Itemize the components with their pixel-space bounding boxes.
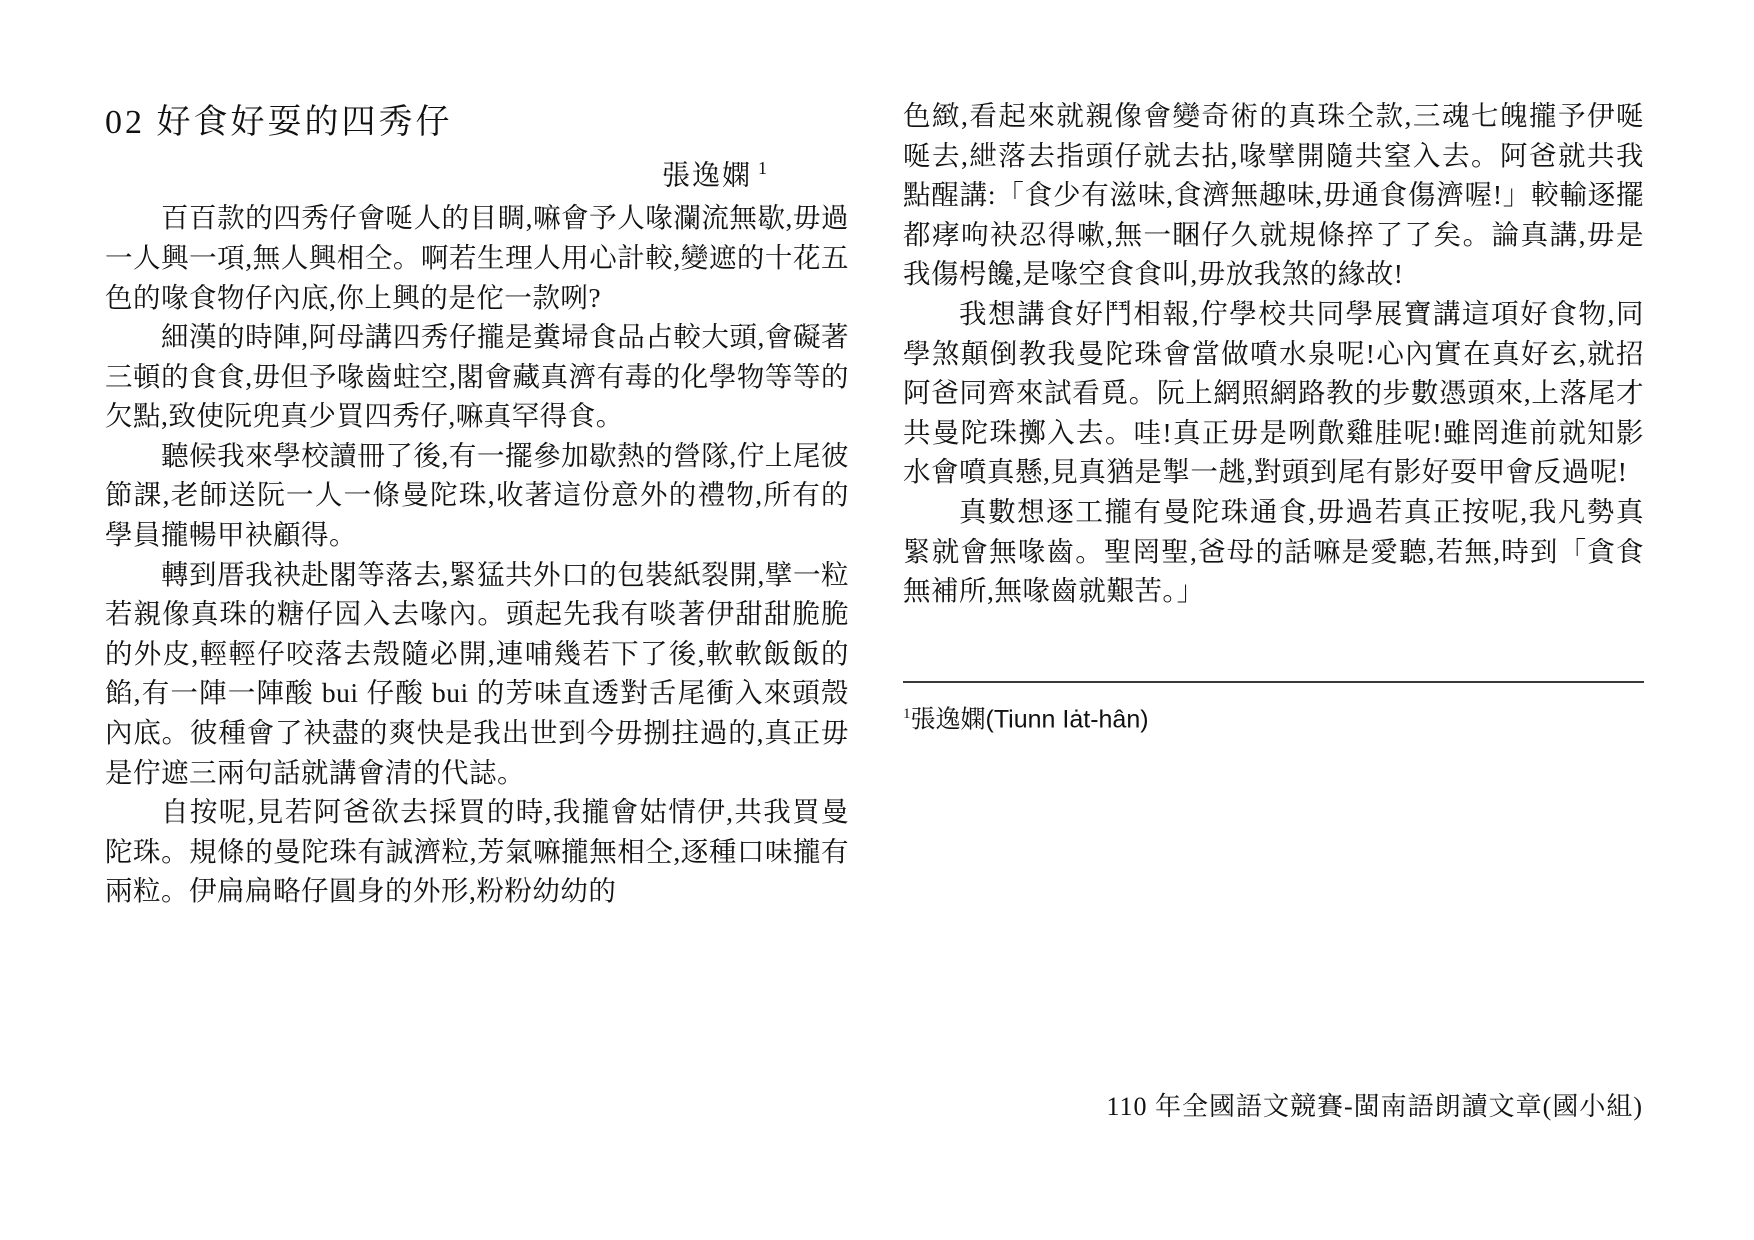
paragraph: 轉到厝我袂赴閣等落去,緊猛共外口的包裝紙裂開,擘一粒若親像真珠的糖仔囥入去喙內。…: [105, 555, 849, 793]
footnote: 1張逸嫻(Tiunn Iȧt-hân): [903, 697, 1644, 737]
paragraph-continuation: 色緻,看起來就親像會變奇術的真珠仝款,三魂七魄攏予伊唌唌去,紲落去指頭仔就去拈,…: [903, 96, 1644, 294]
paragraph: 我想講食好鬥相報,佇學校共同學展寶講這項好食物,同學煞顛倒教我曼陀珠會當做噴水泉…: [903, 294, 1644, 492]
author-name: 張逸嫻: [662, 160, 752, 191]
right-column: 色緻,看起來就親像會變奇術的真珠仝款,三魂七魄攏予伊唌唌去,紲落去指頭仔就去拈,…: [903, 96, 1644, 737]
document-page: 02 好食好耍的四秀仔 張逸嫻1 百百款的四秀仔會唌人的目睭,嘛會予人喙瀾流無歇…: [0, 0, 1754, 1240]
page-footer: 110 年全國語文競賽-閩南語朗讀文章(國小組): [1106, 1086, 1643, 1123]
paragraph: 自按呢,見若阿爸欲去採買的時,我攏會姑情伊,共我買曼陀珠。規條的曼陀珠有誠濟粒,…: [105, 792, 849, 911]
footnote-mark: 1: [903, 706, 911, 722]
paragraph: 聽候我來學校讀冊了後,有一擺參加歇熱的營隊,佇上尾彼節課,老師送阮一人一條曼陀珠…: [105, 436, 849, 555]
footnote-author: 張逸嫻: [911, 706, 986, 733]
left-column: 02 好食好耍的四秀仔 張逸嫻1 百百款的四秀仔會唌人的目睭,嘛會予人喙瀾流無歇…: [105, 100, 849, 911]
author-line: 張逸嫻1: [105, 146, 849, 198]
page-title: 02 好食好耍的四秀仔: [105, 100, 849, 146]
paragraph: 百百款的四秀仔會唌人的目睭,嘛會予人喙瀾流無歇,毋過一人興一項,無人興相仝。啊若…: [105, 198, 849, 317]
paragraph: 細漢的時陣,阿母講四秀仔攏是糞埽食品占較大頭,會礙著三頓的食食,毋但予喙齒蛀空,…: [105, 317, 849, 436]
author-footnote-ref: 1: [758, 158, 769, 178]
paragraph: 真數想逐工攏有曼陀珠通食,毋過若真正按呢,我凡勢真緊就會無喙齒。聖罔聖,爸母的話…: [903, 492, 1644, 611]
footnote-separator: [903, 681, 1644, 683]
footnote-romanization: (Tiunn Iȧt-hân): [986, 705, 1149, 733]
